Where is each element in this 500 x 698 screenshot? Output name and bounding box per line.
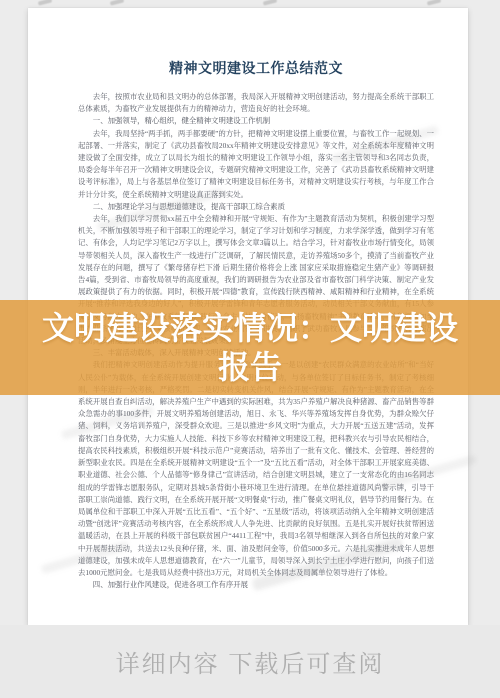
footer-caption: 详细内容 下载后可查阅 — [116, 644, 385, 679]
watermark-tip — [110, 0, 125, 6]
headline-banner-title: 文明建设落实情况：文明建设报告 — [30, 309, 470, 387]
footer-bar: 详细内容 下载后可查阅 — [0, 625, 500, 698]
headline-banner: 文明建设落实情况：文明建设报告 — [0, 300, 500, 395]
doc-paragraph: 去年，按照市农业局和县文明办的总体部署，我局深入开展精神文明创建活动，努力提高全… — [78, 91, 434, 115]
document-title: 精神文明建设工作总结范文 — [78, 58, 434, 78]
watermark-tip — [427, 0, 442, 6]
doc-heading: 二、加强理论学习与思想道德建设，提高干部职工综合素质 — [78, 201, 434, 213]
watermark-tip — [263, 0, 278, 6]
watermark-tip — [38, 0, 53, 6]
doc-paragraph: 去年，我局坚持“两手抓，两手都要硬”的方针，把精神文明建设摆上重要位置，与畜牧工… — [78, 128, 434, 201]
doc-heading: 一、加强领导，精心组织，健全精神文明建设工作机制 — [78, 115, 434, 127]
doc-heading: 四、加强行业作风建设，促进各项工作有序开展 — [78, 579, 434, 591]
